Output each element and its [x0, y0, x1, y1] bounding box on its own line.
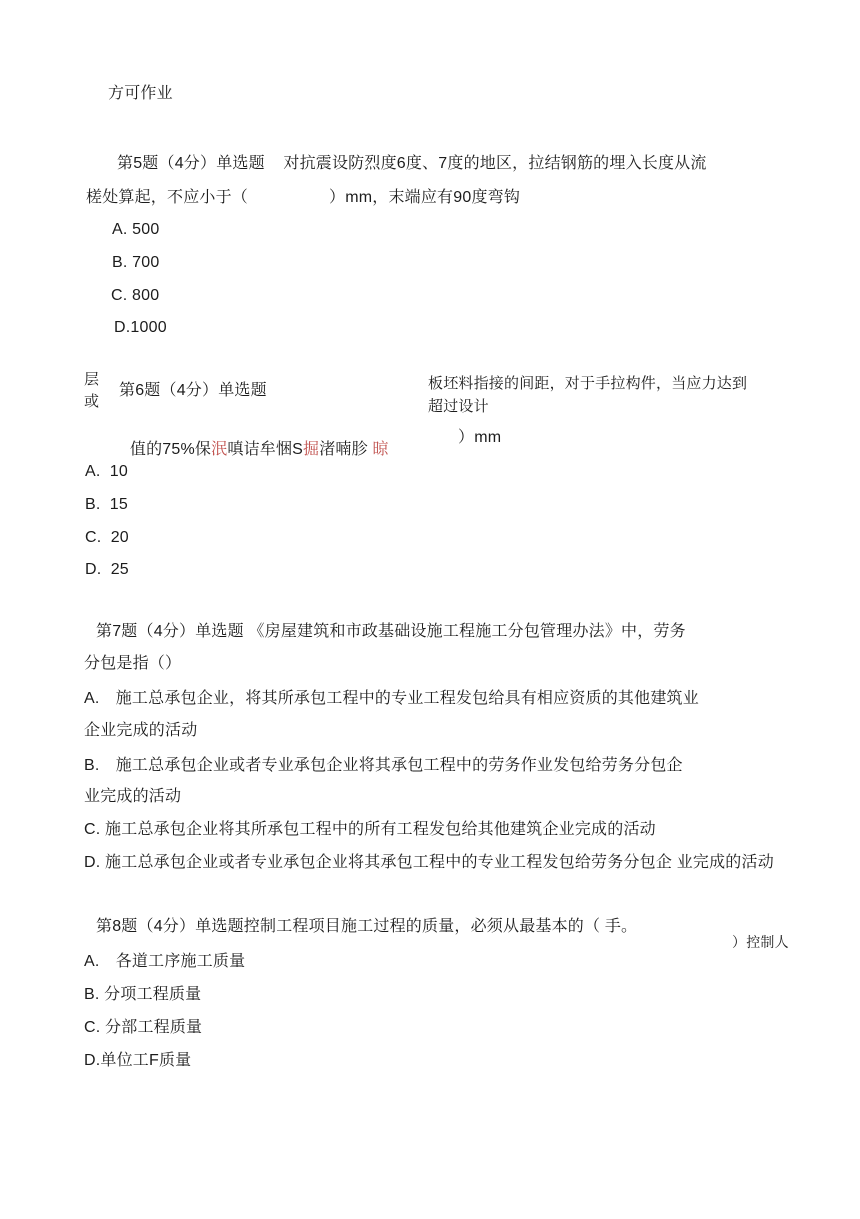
question-6-option-b: B. 15	[85, 495, 128, 514]
garbled-segment: 渚喃胗	[319, 441, 372, 458]
garbled-segment: 值的75%保	[130, 441, 211, 458]
question-7-option-a-line1: A. 施工总承包企业，将其所承包工程中的专业工程发包给具有相应资质的其他建筑业	[84, 689, 699, 708]
question-5-line1: 第5题（4分）单选题 对抗震设防烈度6度、7度的地区，拉结钢筋的埋入长度从流	[117, 154, 707, 173]
question-7-option-b-line2: 业完成的活动	[84, 787, 181, 806]
question-6-right-line2: 超过设计	[428, 398, 489, 416]
question-6-paren-mm: ）mm	[458, 428, 501, 447]
garbled-segment-red: 泯	[211, 441, 227, 458]
garbled-segment-red: 掘	[303, 441, 319, 458]
question-8-option-d: D.单位工F质量	[84, 1051, 191, 1070]
question-5-option-d: D.1000	[114, 318, 167, 337]
question-7-option-a-line2: 企业完成的活动	[84, 721, 197, 740]
question-5-option-a: A. 500	[112, 220, 159, 239]
question-7-option-b-line1: B. 施工总承包企业或者专业承包企业将其承包工程中的劳务作业发包给劳务分包企	[84, 756, 683, 775]
header-fragment: 方可作业	[108, 84, 173, 103]
garbled-segment: 嗔诘牟悃S	[227, 441, 303, 458]
question-6-option-a: A. 10	[85, 462, 128, 481]
question-6-garbled-line: 值的75%保泯嗔诘牟悃S掘渚喃胗 晾	[102, 421, 389, 479]
question-8-option-a: A. 各道工序施工质量	[84, 952, 245, 971]
question-8-right-fragment: ）控制人	[732, 934, 789, 951]
question-6-option-d: D. 25	[85, 560, 129, 579]
question-7-line1: 第7题（4分）单选题 《房屋建筑和市政基础设施工程施工分包管理办法》中，劳务	[96, 622, 686, 641]
document-page: 方可作业 第5题（4分）单选题 对抗震设防烈度6度、7度的地区，拉结钢筋的埋入长…	[0, 0, 860, 1219]
question-7-option-d: D. 施工总承包企业或者专业承包企业将其承包工程中的专业工程发包给劳务分包企 业…	[84, 853, 774, 872]
question-8-option-c: C. 分部工程质量	[84, 1018, 202, 1037]
question-7-option-c: C. 施工总承包企业将其所承包工程中的所有工程发包给其他建筑企业完成的活动	[84, 820, 656, 839]
question-5-option-c: C. 800	[111, 286, 159, 305]
question-6-option-c: C. 20	[85, 528, 129, 547]
question-5-option-b: B. 700	[112, 253, 159, 272]
question-8-option-b: B. 分项工程质量	[84, 985, 201, 1004]
question-6-margin-char-1: 层	[84, 371, 99, 389]
question-6-title: 第6题（4分）单选题	[119, 381, 267, 400]
garbled-segment-red: 晾	[372, 441, 388, 458]
question-6-right-line1: 板坯料指接的间距，对于手拉构件，当应力达到	[428, 375, 747, 393]
question-8-line1: 第8题（4分）单选题控制工程项目施工过程的质量，必须从最基本的（ 手。	[96, 917, 637, 936]
question-6-margin-char-2: 或	[84, 393, 99, 411]
question-5-line2: 槎处算起，不应小于（ ）mm，末端应有90度弯钩	[86, 188, 520, 207]
question-7-line2: 分包是指（）	[84, 654, 181, 673]
